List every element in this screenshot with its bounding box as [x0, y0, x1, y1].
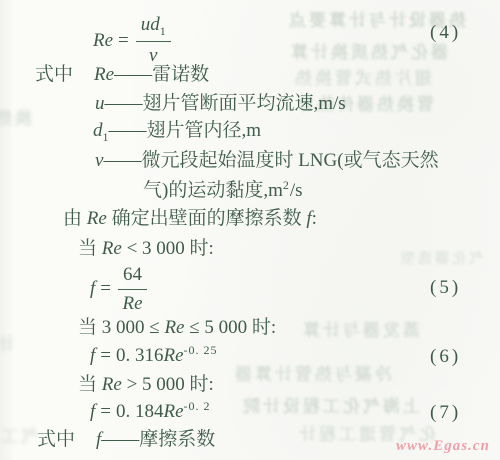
exponent: -0. 2	[184, 399, 211, 413]
exponent: -0. 25	[184, 343, 218, 357]
var-Re: Re	[87, 208, 107, 229]
var-Re: Re	[102, 238, 122, 259]
text: 当	[78, 374, 102, 395]
equals-sign: =	[118, 29, 129, 53]
var-f: f	[90, 277, 95, 301]
var-Re: Re	[102, 374, 122, 395]
unit-text: /s	[290, 180, 303, 201]
superscript-2: 2	[283, 178, 290, 192]
equation-7-number: (7)	[430, 402, 461, 424]
where-clause-re: 式中Re——雷诺数	[35, 63, 209, 87]
definition-text: 微元段起始温度时 LNG(或气态天然	[141, 150, 438, 171]
equation-5-number: (5)	[430, 277, 461, 299]
bleedthrough-text: 气化器选型	[398, 248, 483, 268]
var-u: u	[95, 93, 105, 114]
condition-3000-le-re-le-5000: 当 3 000 ≤ Re ≤ 5 000 时:	[78, 316, 276, 340]
equals-sign: =	[100, 277, 111, 301]
where-label: 式中	[35, 64, 73, 85]
bleedthrough-text: 上海气化工程设计院	[240, 392, 420, 417]
em-dash: ——	[101, 429, 139, 450]
em-dash: ——	[114, 64, 152, 85]
equation-5: f = 64 Re	[90, 263, 149, 316]
bleedthrough-text: 器化气热质换计算	[288, 38, 448, 63]
var-Re: Re	[164, 345, 184, 366]
condition-re-lt-3000: 当 Re < 3 000 时:	[78, 237, 214, 261]
bleedthrough-text: 蒸发器与计算	[300, 316, 420, 341]
definition-text: 摩擦系数	[139, 429, 215, 450]
equation-7: f=0. 184Re-0. 2	[90, 399, 211, 424]
definition-nu-continued: 气)的运动黏度,m2/s	[143, 178, 303, 203]
bleedthrough-smudge: 计	[0, 330, 14, 355]
fraction-denominator: Re	[122, 290, 142, 316]
text: ≤ 5 000 时:	[184, 317, 276, 338]
definition-d1: d1——翅片管内径,m	[93, 119, 261, 145]
equals-sign: =	[100, 401, 111, 422]
var-Re: Re	[164, 317, 184, 338]
definition-text: 翅片管断面平均流速,m/s	[143, 93, 346, 114]
text: < 3 000 时:	[122, 238, 214, 259]
friction-intro-sentence: 由 Re 确定出壁面的摩擦系数 f:	[63, 207, 317, 231]
var-Re: Re	[94, 64, 114, 85]
condition-re-gt-5000: 当 Re > 5 000 时:	[78, 373, 214, 397]
coefficient: 0. 184	[116, 401, 164, 422]
var-d: d	[93, 120, 103, 141]
bleedthrough-smudge: 换热	[0, 104, 32, 129]
bleedthrough-text: 冷凝与热管计算器	[232, 360, 392, 385]
egas-watermark: www.Egas.cn	[396, 438, 490, 455]
text: 当	[78, 238, 102, 259]
fraction-numerator: ud1	[136, 13, 171, 42]
subscript-1: 1	[160, 24, 166, 38]
text: 当 3 000 ≤	[78, 317, 164, 338]
var-f: f	[90, 401, 95, 422]
definition-u: u——翅片管断面平均流速,m/s	[95, 92, 346, 116]
equation-6-number: (6)	[430, 346, 461, 368]
fraction: ud1 ν	[136, 13, 171, 68]
em-dash: ——	[105, 93, 143, 114]
bleedthrough-smudge: 气工	[0, 422, 38, 447]
em-dash: ——	[103, 150, 141, 171]
equation-6: f=0. 316Re-0. 25	[90, 343, 218, 368]
coefficient: 0. 316	[116, 345, 164, 366]
fraction-numerator: 64	[118, 263, 147, 290]
em-dash: ——	[109, 120, 147, 141]
scanned-paper-page: 热器设计与计算要点 器化气热质换计算 翅片热式管换热 管换热器传热计 气化器选型…	[0, 0, 500, 460]
definition-text: 气)的运动黏度,m	[143, 180, 283, 201]
fraction: 64 Re	[118, 263, 147, 316]
equation-4: Re = ud1 ν	[93, 13, 173, 68]
bleedthrough-text: 翅片热式管换热	[292, 64, 432, 89]
text: 确定出壁面的摩擦系数	[107, 208, 307, 229]
var-Re: Re	[164, 401, 184, 422]
definition-text: 雷诺数	[152, 64, 209, 85]
var-Re: Re	[93, 29, 113, 53]
var-f: f	[90, 345, 95, 366]
colon: :	[312, 208, 317, 229]
where-clause-f: 式中f——摩擦系数	[37, 428, 215, 452]
equals-sign: =	[100, 345, 111, 366]
definition-nu: ν——微元段起始温度时 LNG(或气态天然	[95, 149, 439, 173]
where-label: 式中	[37, 429, 75, 450]
text: 由	[63, 208, 87, 229]
var-ud: ud	[141, 14, 160, 35]
definition-text: 翅片管内径,m	[147, 120, 262, 141]
text: > 5 000 时:	[122, 374, 214, 395]
equation-4-number: (4)	[430, 22, 461, 44]
